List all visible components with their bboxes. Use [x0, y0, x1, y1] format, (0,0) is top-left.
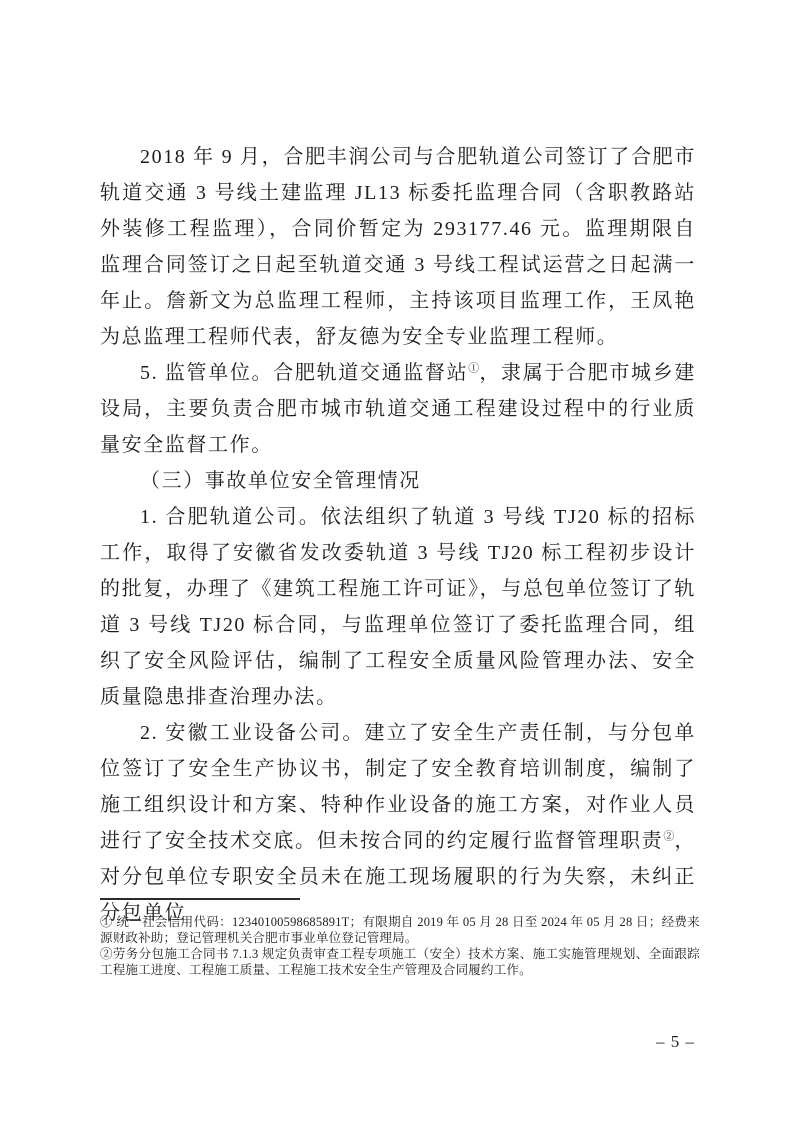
- page-number: – 5 –: [656, 1032, 695, 1052]
- footnote-area: ① 统一社会信用代码：12340100598685891T；有限期自 2019 …: [100, 898, 700, 978]
- footnote: ②劳务分包施工合同书 7.1.3 规定负责审查工程专项施工（安全）技术方案、施工…: [100, 946, 700, 978]
- footnote: ① 统一社会信用代码：12340100598685891T；有限期自 2019 …: [100, 914, 700, 946]
- footnote-ref: ①: [468, 362, 479, 374]
- section-heading: （三）事故单位安全管理情况: [100, 463, 696, 499]
- document-page: 2018 年 9 月，合肥丰润公司与合肥轨道公司签订了合肥市轨道交通 3 号线土…: [0, 0, 793, 1122]
- paragraph: 1. 合肥轨道公司。依法组织了轨道 3 号线 TJ20 标的招标工作，取得了安徽…: [100, 499, 696, 715]
- footnote-ref: ②: [663, 830, 674, 842]
- footnote-divider: [100, 898, 300, 900]
- paragraph: 2018 年 9 月，合肥丰润公司与合肥轨道公司签订了合肥市轨道交通 3 号线土…: [100, 139, 696, 355]
- paragraph: 5. 监管单位。合肥轨道交通监督站①，隶属于合肥市城乡建设局，主要负责合肥市城市…: [100, 355, 696, 463]
- footnotes: ① 统一社会信用代码：12340100598685891T；有限期自 2019 …: [100, 914, 700, 978]
- document-body: 2018 年 9 月，合肥丰润公司与合肥轨道公司签订了合肥市轨道交通 3 号线土…: [100, 139, 696, 931]
